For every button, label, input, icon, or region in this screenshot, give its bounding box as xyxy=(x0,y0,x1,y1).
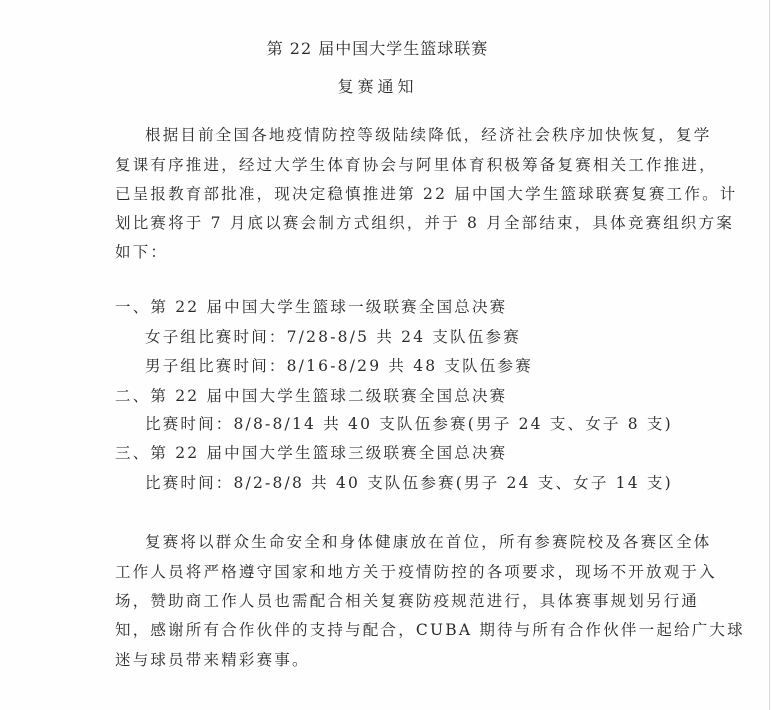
closing-line: 迷与球员带来精彩赛事。 xyxy=(115,650,310,670)
section-item: 比赛时间：8/8-8/14 共 40 支队伍参赛(男子 24 支、女子 8 支) xyxy=(145,414,673,434)
closing-line: 复赛将以群众生命安全和身体健康放在首位，所有参赛院校及各赛区全体 xyxy=(145,532,711,552)
section-item: 男子组比赛时间：8/16-8/29 共 48 支队伍参赛 xyxy=(145,356,533,376)
page-edge-divider xyxy=(769,0,770,710)
section-heading-2: 二、第 22 届中国大学生篮球二级联赛全国总决赛 xyxy=(115,386,507,406)
intro-line: 已呈报教育部批准，现决定稳慎推进第 22 届中国大学生篮球联赛复赛工作。计 xyxy=(115,184,737,204)
intro-line: 划比赛将于 7 月底以赛会制方式组织，并于 8 月全部结束，具体竞赛组织方案 xyxy=(115,213,734,233)
section-item: 比赛时间：8/2-8/8 共 40 支队伍参赛(男子 24 支、女子 14 支) xyxy=(145,473,673,493)
closing-line: 工作人员将严格遵守国家和地方关于疫情防控的各项要求，现场不开放观于入 xyxy=(115,562,717,582)
section-item: 女子组比赛时间：7/28-8/5 共 24 支队伍参赛 xyxy=(145,327,521,347)
closing-line: 知，感谢所有合作伙伴的支持与配合，CUBA 期待与所有合作伙伴一起给广大球 xyxy=(115,620,745,640)
closing-line: 场，赞助商工作人员也需配合相关复赛防疫规范进行，具体赛事规划另行通 xyxy=(115,591,699,611)
document-subtitle: 复赛通知 xyxy=(0,74,763,97)
document-page: 第 22 届中国大学生篮球联赛 复赛通知 根据目前全国各地疫情防控等级陆续降低，… xyxy=(0,0,771,710)
section-heading-1: 一、第 22 届中国大学生篮球一级联赛全国总决赛 xyxy=(115,297,507,317)
intro-line: 如下： xyxy=(115,242,168,262)
intro-line: 根据目前全国各地疫情防控等级陆续降低，经济社会秩序加快恢复，复学 xyxy=(145,125,711,145)
intro-line: 复课有序推进，经过大学生体育协会与阿里体育积极筹备复赛相关工作推进， xyxy=(115,155,717,175)
document-title: 第 22 届中国大学生篮球联赛 xyxy=(0,36,763,59)
section-heading-3: 三、第 22 届中国大学生篮球三级联赛全国总决赛 xyxy=(115,443,507,463)
